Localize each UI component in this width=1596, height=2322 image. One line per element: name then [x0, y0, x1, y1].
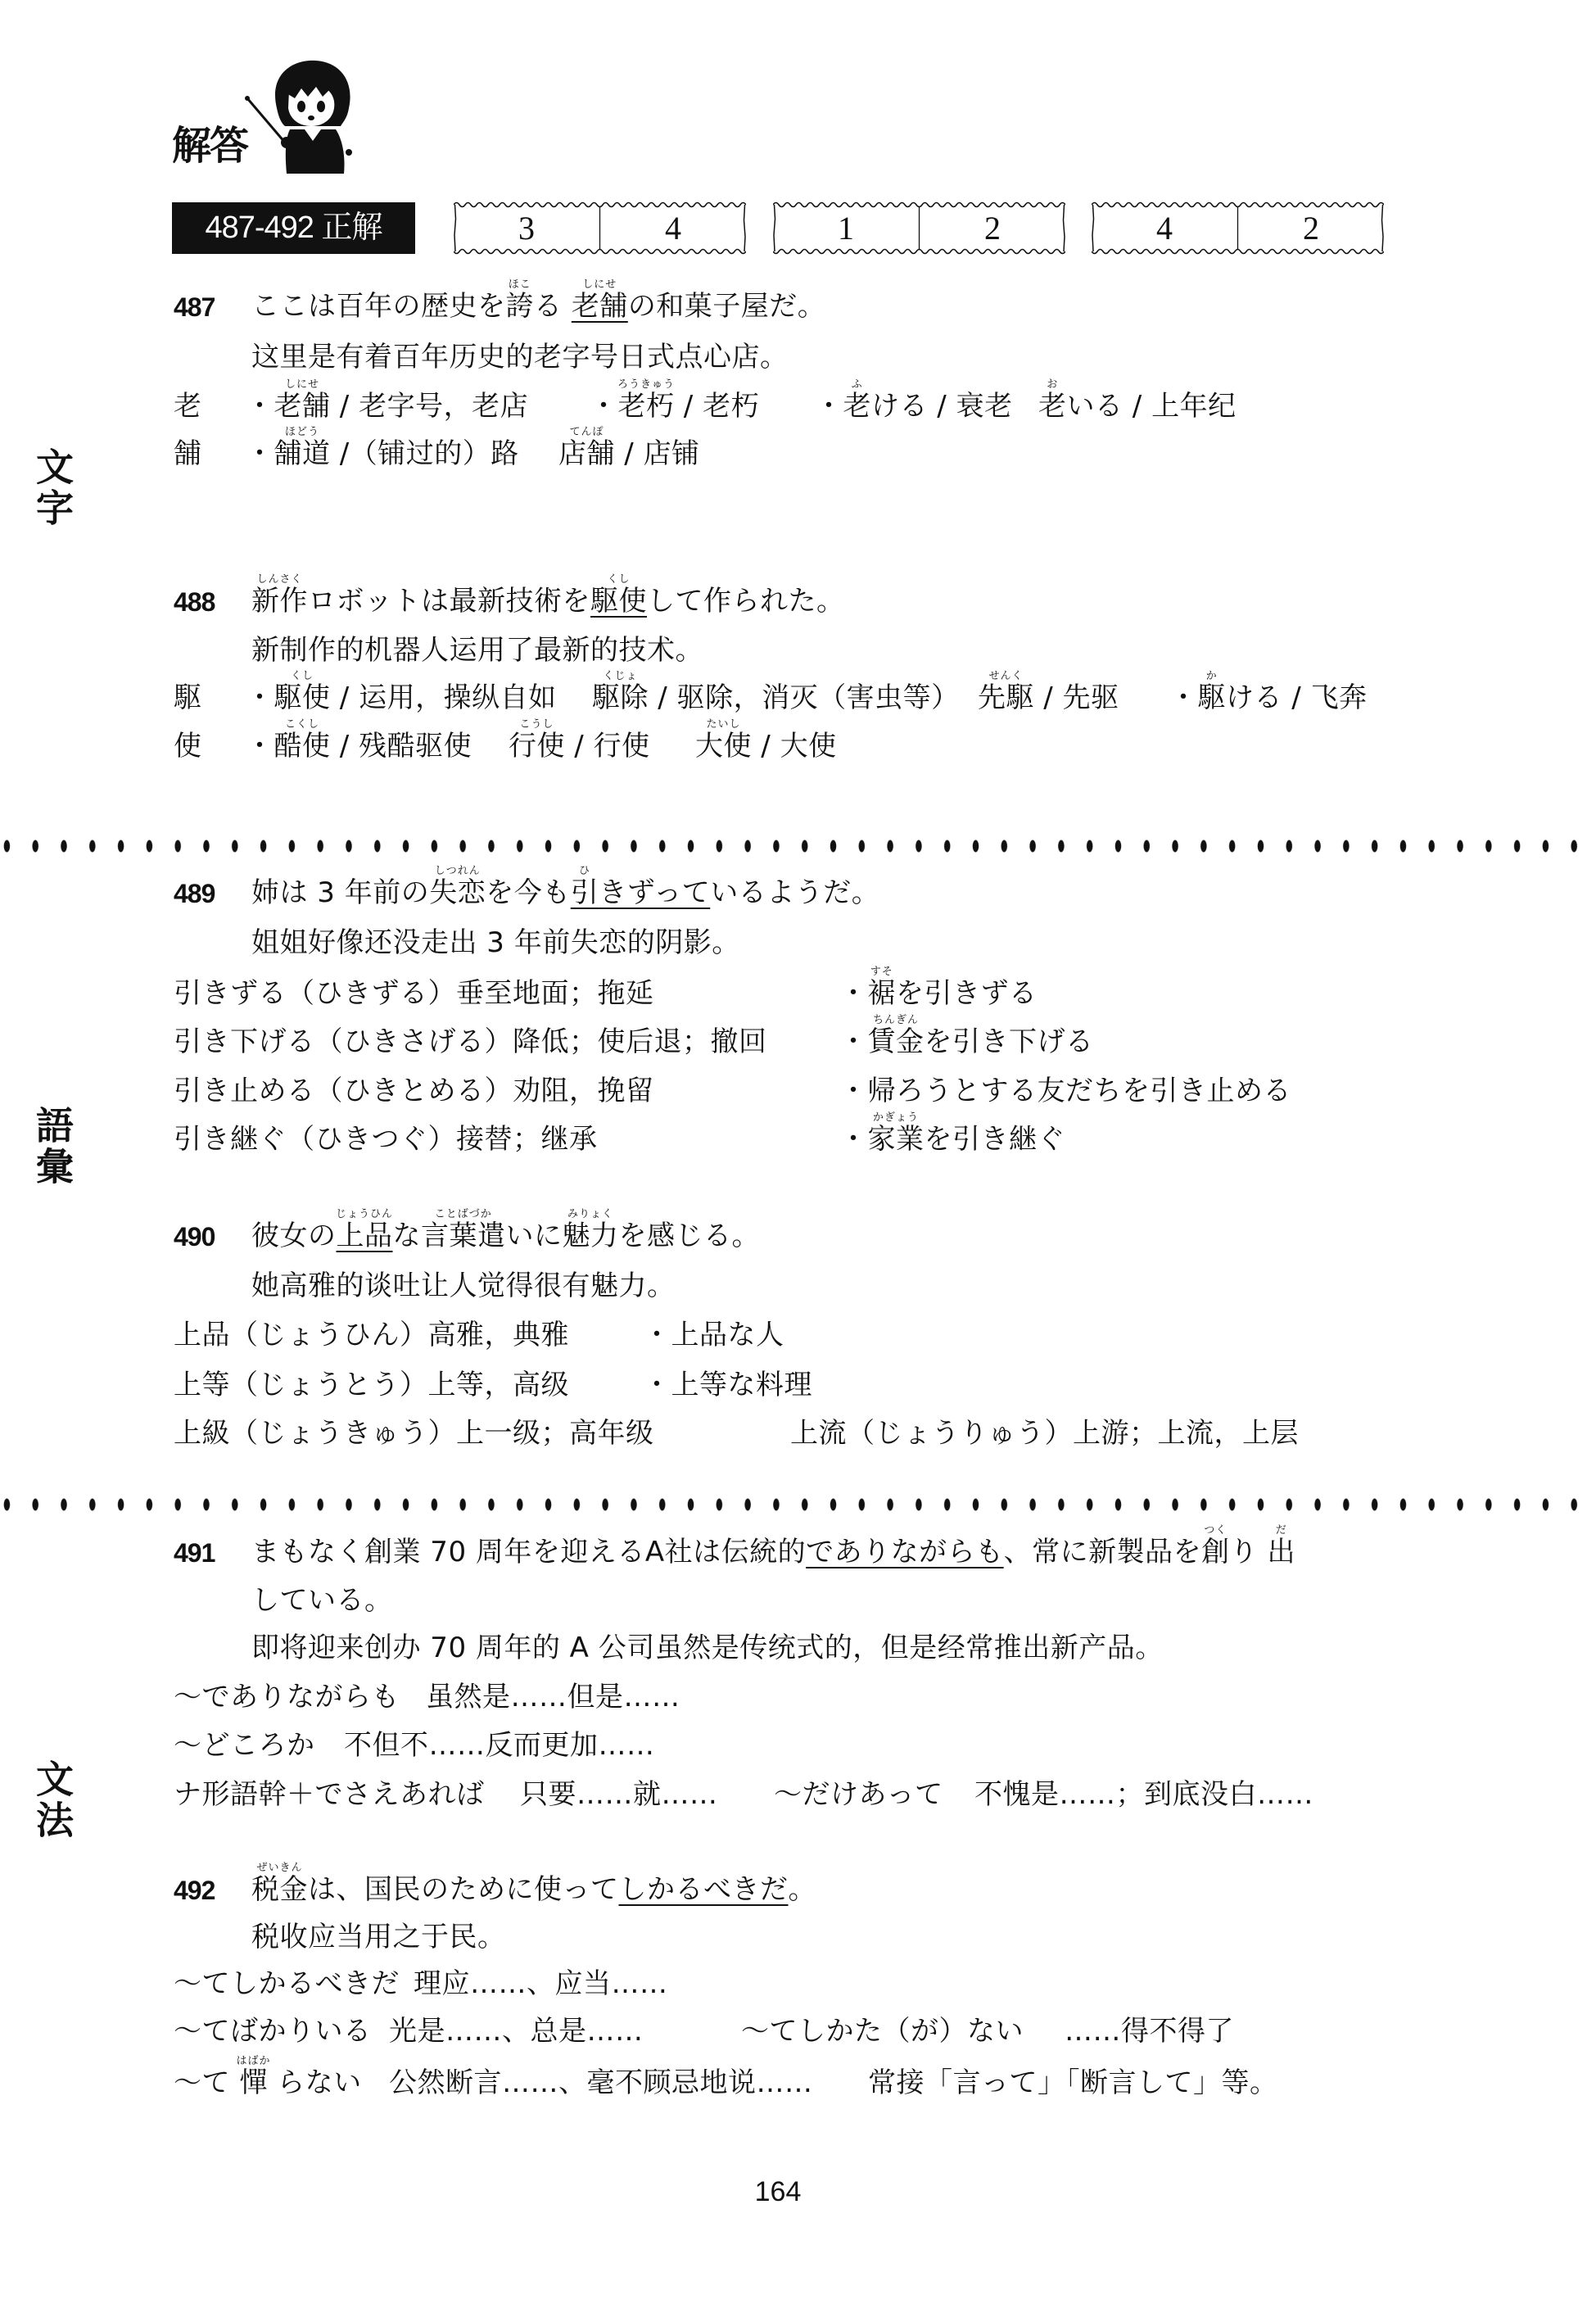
- vocab-word: 上品（じょうひん）高雅，典雅: [174, 1320, 569, 1350]
- furigana-reading: お: [1014, 379, 1092, 390]
- vocab-row: 引き止める（ひきとめる）劝阻，挽留 ・帰ろうとする友だちを引き止める: [0, 1076, 1596, 1106]
- answer-487: 3: [454, 201, 599, 256]
- text-run: ・: [839, 1123, 868, 1156]
- text-run: ・帰ろうとする友だちを引き止める: [839, 1075, 1291, 1107]
- grammar-pattern: ～どころか: [174, 1731, 315, 1760]
- translation-row: 税收应当用之于民。: [0, 1922, 1596, 1952]
- text-run: ・: [590, 390, 618, 423]
- answer-489: 1: [773, 201, 919, 256]
- answer-491: 4: [1092, 201, 1237, 256]
- furigana-reading: こうし: [484, 719, 590, 730]
- furigana-word: 魅力みりょく: [563, 1221, 619, 1251]
- text-run: まもなく創業 70 周年を迎えるA社は伝統的: [251, 1536, 806, 1568]
- grammar-meaning: 虽然是……但是……: [426, 1682, 680, 1712]
- furigana-reading: ちんぎん: [843, 1015, 949, 1025]
- furigana-reading: くじょ: [567, 671, 673, 681]
- vocab-example: ・賃金ちんぎんを引き下げる: [839, 1027, 1094, 1057]
- answer-group-491-492: 4 2: [1092, 201, 1384, 256]
- vocab-word: 引き下げる（ひきさげる）降低；使后退；撤回: [174, 1027, 767, 1057]
- kanji-note-item: 先駆せんく / 先驱: [978, 683, 1119, 713]
- textbook-page: 解答 487-492 正解 3 4: [0, 0, 1596, 2322]
- kanji-note-item: ・老舗しにせ / 老字号，老店: [246, 392, 528, 421]
- furigana-reading: せんく: [953, 671, 1059, 681]
- furigana-reading: しにせ: [250, 379, 355, 390]
- furigana-word: 憚はばか: [239, 2068, 268, 2098]
- vocab-example: ・上等な料理: [643, 1370, 812, 1400]
- kanji-note-item: ・駆使くし / 运用，操纵自如: [246, 683, 557, 713]
- grammar-meaning: 不但不……反而更加……: [344, 1731, 655, 1760]
- vocab-example: ・上品な人: [643, 1320, 784, 1350]
- grammar-note: 常接「言って」「断言して」等。: [868, 2068, 1278, 2098]
- kanji-note-row: 使 ・酷使こくし / 残酷驱使 行使こうし / 行使 大使たいし / 大使: [0, 731, 1596, 761]
- vocab-example: 上流（じょうりゅう）上游；上流，上层: [790, 1419, 1299, 1448]
- kanji-label: 舗: [174, 439, 202, 468]
- question-sentence-row: 487 ここは百年の歴史を誇ほこる 老舗しにせの和菓子屋だ。: [0, 292, 1596, 321]
- example-sentence: 彼女の上品じょうひんな言葉遣ことばづかいに魅力みりょくを感じる。: [251, 1221, 760, 1251]
- furigana-word: 新作しんさく: [251, 586, 308, 616]
- text-run: ここは百年の歴史を: [251, 290, 506, 323]
- furigana-reading: くし: [566, 574, 671, 585]
- furigana-reading: しつれん: [405, 866, 510, 876]
- furigana-reading: くし: [250, 671, 355, 681]
- kanji-note-row: 老 ・老舗しにせ / 老字号，老店 ・老朽ろうきゅう / 老朽 ・老ふける / …: [0, 392, 1596, 421]
- kanji-note-row: 舗 ・舗道ほどう /（铺过的）路 店舗てんぽ / 店铺: [0, 439, 1596, 468]
- example-sentence: 姉は 3 年前の失恋しつれんを今も引ひきずっているようだ。: [251, 878, 879, 908]
- furigana-word: 裾すそ: [868, 979, 897, 1008]
- furigana-reading: ぜいきん: [227, 1863, 332, 1873]
- text-run: いる / 上年纪: [1067, 390, 1237, 423]
- text-run: / 店铺: [615, 437, 700, 470]
- text-run: ・: [246, 681, 274, 714]
- furigana-reading: ことばづか: [396, 1209, 531, 1220]
- target-word: きずって: [599, 876, 710, 909]
- text-run: は、国民のために使って: [308, 1873, 619, 1906]
- furigana-word: 店舗てんぽ: [558, 439, 615, 468]
- furigana-word: 家業かぎょう: [868, 1125, 925, 1154]
- text-run: ・: [839, 1025, 868, 1058]
- translation: 姐姐好像还没走出 3 年前失恋的阴影。: [251, 928, 740, 957]
- furigana-reading: か: [1173, 671, 1251, 681]
- furigana-word: 老ふ: [843, 392, 872, 421]
- furigana-reading: かぎょう: [843, 1112, 949, 1123]
- text-run: / 大使: [752, 730, 837, 763]
- example-sentence: まもなく創業 70 周年を迎えるA社は伝統的でありながらも、常に新製品を創つくり…: [251, 1537, 1295, 1567]
- furigana-reading: だ: [1242, 1525, 1320, 1536]
- question-sentence-row: 492 税金ぜいきんは、国民のために使ってしかるべきだ。: [0, 1875, 1596, 1904]
- translation-row: 她高雅的谈吐让人觉得很有魅力。: [0, 1271, 1596, 1301]
- translation-row: 即将迎来创办 70 周年的 A 公司虽然是传统式的，但是经常推出新产品。: [0, 1633, 1596, 1663]
- kanji-note-row: 駆 ・駆使くし / 运用，操纵自如 駆除くじょ / 驱除，消灭（害虫等） 先駆せ…: [0, 683, 1596, 713]
- text-run: / 行使: [565, 730, 650, 763]
- grammar-pattern: ナ形語幹＋でさえあれば: [174, 1780, 485, 1809]
- furigana-word: 税金ぜいきん: [251, 1875, 308, 1904]
- text-run: /（铺过的）路: [331, 437, 519, 470]
- furigana-word: 駆除くじょ: [592, 683, 649, 713]
- text-run: を引きずる: [896, 977, 1038, 1010]
- text-run: 、常に新製品を: [1004, 1536, 1202, 1568]
- page-number: 164: [0, 2175, 1556, 2208]
- grammar-meaning: 不愧是……；到底没白……: [974, 1780, 1313, 1809]
- kanji-note-item: ・酷使こくし / 残酷驱使: [246, 731, 472, 761]
- text-run: ・: [815, 390, 843, 423]
- furigana-word: 駆使くし: [274, 683, 331, 713]
- furigana-word: 酷使こくし: [274, 731, 331, 761]
- kanji-note-item: 老おいる / 上年纪: [1038, 392, 1237, 421]
- vocab-row: 上等（じょうとう）上等，高级 ・上等な料理: [0, 1370, 1596, 1400]
- text-run: り: [1230, 1536, 1268, 1568]
- question-number: 491: [174, 1538, 215, 1568]
- target-word: 老舗しにせ: [572, 292, 628, 321]
- text-run: る: [534, 290, 572, 323]
- furigana-word: 失恋しつれん: [429, 878, 486, 908]
- example-sentence: ここは百年の歴史を誇ほこる 老舗しにせの和菓子屋だ。: [251, 292, 825, 321]
- text-run: / 驱除，消灭（害虫等）: [649, 681, 960, 714]
- kanji-note-item: ・駆かける / 飞奔: [1169, 683, 1368, 713]
- text-run: ロボットは最新技術を: [308, 585, 590, 618]
- answer-range-label: 487-492 正解: [172, 202, 415, 254]
- kanji-label: 使: [174, 731, 202, 761]
- grammar-meaning: ……得不得了: [1065, 2016, 1234, 2046]
- text-run: を引き下げる: [925, 1025, 1094, 1058]
- furigana-word: 誇ほこ: [506, 292, 535, 321]
- kanji-note-item: 店舗てんぽ / 店铺: [558, 439, 700, 468]
- furigana-word: 老朽ろうきゅう: [618, 392, 675, 421]
- example-sentence: している。: [251, 1586, 393, 1615]
- furigana-word: 老舗しにせ: [274, 392, 331, 421]
- text-run: ける / 衰老: [871, 390, 1013, 423]
- answer-490: 2: [920, 201, 1065, 256]
- answer-group-487-488: 3 4: [454, 201, 746, 256]
- vocab-row: 引き下げる（ひきさげる）降低；使后退；撤回 ・賃金ちんぎんを引き下げる: [0, 1027, 1596, 1057]
- furigana-word: 大使たいし: [695, 731, 752, 761]
- target-word: 引ひ: [571, 878, 599, 908]
- answer-488: 4: [600, 201, 746, 256]
- furigana-reading: はばか: [215, 2056, 292, 2066]
- text-run: ・: [1169, 681, 1198, 714]
- question-number: 487: [174, 292, 215, 322]
- text-run: らない: [268, 2066, 362, 2099]
- furigana-reading: こくし: [250, 719, 355, 730]
- kanji-note-item: ・老朽ろうきゅう / 老朽: [590, 392, 759, 421]
- dotted-divider: [0, 1498, 1596, 1511]
- vocab-row: 引きずる（ひきずる）垂至地面；拖延 ・裾すそを引きずる: [0, 979, 1596, 1008]
- text-run: ・: [246, 730, 274, 763]
- text-run: いに: [506, 1220, 563, 1252]
- text-run: を今も: [486, 876, 571, 909]
- translation-row: 新制作的机器人运用了最新的技术。: [0, 636, 1596, 665]
- text-run: / 运用，操纵自如: [331, 681, 557, 714]
- question-sentence-row: 489 姉は 3 年前の失恋しつれんを今も引ひきずっているようだ。: [0, 878, 1596, 908]
- dotted-divider: [0, 840, 1596, 853]
- target-word: 上品じょうひん: [337, 1221, 393, 1251]
- text-run: ・: [246, 390, 274, 423]
- vocab-word: 引き継ぐ（ひきつぐ）接替；继承: [174, 1125, 598, 1154]
- target-word: 駆使くし: [590, 586, 647, 616]
- text-run: ・: [246, 437, 274, 470]
- vocab-row: 引き継ぐ（ひきつぐ）接替；继承 ・家業かぎょうを引き継ぐ: [0, 1125, 1596, 1154]
- grammar-meaning: 公然断言……、毫不顾忌地说……: [389, 2068, 813, 2098]
- furigana-word: 駆か: [1198, 683, 1227, 713]
- target-word: でありながらも: [806, 1536, 1004, 1568]
- text-run: ・: [839, 977, 868, 1010]
- question-sentence-row: 490 彼女の上品じょうひんな言葉遣ことばづかいに魅力みりょくを感じる。: [0, 1221, 1596, 1251]
- furigana-reading: すそ: [843, 966, 921, 977]
- furigana-reading: みりょく: [538, 1209, 644, 1220]
- vocab-word: 上等（じょうとう）上等，高级: [174, 1370, 569, 1400]
- translation: 新制作的机器人运用了最新的技术。: [251, 636, 703, 665]
- section-title: 解答: [172, 123, 247, 169]
- grammar-pattern: ～てしかるべきだ: [174, 1969, 400, 1998]
- furigana-word: 創つく: [1201, 1537, 1230, 1567]
- vocab-example: ・裾すそを引きずる: [839, 979, 1038, 1008]
- text-run: ～て: [174, 2066, 239, 2099]
- text-run: して作られた。: [647, 585, 845, 618]
- grammar-row: ～て 憚はばか らない 公然断言……、毫不顾忌地说…… 常接「言って」「断言して…: [0, 2068, 1596, 2098]
- teacher-mascot-icon: [244, 57, 359, 176]
- grammar-pattern: ～だけあって: [774, 1780, 943, 1809]
- translation-row: 姐姐好像还没走出 3 年前失恋的阴影。: [0, 928, 1596, 957]
- furigana-reading: てんぽ: [534, 427, 640, 437]
- text-run: / 残酷驱使: [331, 730, 472, 763]
- translation: 税收应当用之于民。: [251, 1922, 506, 1952]
- question-number: 489: [174, 879, 215, 908]
- text-run: いるようだ。: [710, 876, 879, 909]
- text-run: を引き継ぐ: [925, 1123, 1066, 1156]
- furigana-word: 出だ: [1267, 1537, 1295, 1567]
- grammar-pattern: ～てしかた（が）ない: [741, 2016, 1024, 2046]
- example-sentence: 税金ぜいきんは、国民のために使ってしかるべきだ。: [251, 1875, 816, 1904]
- furigana-reading: ふ: [819, 379, 897, 390]
- grammar-meaning: 光是……、总是……: [389, 2016, 644, 2046]
- translation: 她高雅的谈吐让人觉得很有魅力。: [251, 1271, 676, 1301]
- kanji-note-item: 駆除くじょ / 驱除，消灭（害虫等）: [592, 683, 960, 713]
- translation: 即将迎来创办 70 周年的 A 公司虽然是传统式的，但是经常推出新产品。: [251, 1633, 1164, 1663]
- vocab-row: 上級（じょうきゅう）上一级；高年级 上流（じょうりゅう）上游；上流，上层: [0, 1419, 1596, 1448]
- translation-row: 这里是有着百年历史的老字号日式点心店。: [0, 342, 1596, 372]
- answer-group-489-490: 1 2: [773, 201, 1065, 256]
- furigana-word: 言葉遣ことばづか: [421, 1221, 506, 1251]
- vocab-row: 上品（じょうひん）高雅，典雅 ・上品な人: [0, 1320, 1596, 1350]
- furigana-reading: ひ: [546, 866, 624, 876]
- vocab-example: ・家業かぎょうを引き継ぐ: [839, 1125, 1065, 1154]
- furigana-word: 賃金ちんぎん: [868, 1027, 925, 1057]
- answer-492: 2: [1238, 201, 1384, 256]
- grammar-meaning: 理应……、应当……: [414, 1969, 668, 1998]
- question-number: 492: [174, 1876, 215, 1905]
- translation: 这里是有着百年历史的老字号日式点心店。: [251, 342, 789, 372]
- furigana-reading: ろうきゅう: [594, 379, 699, 390]
- furigana-word: 行使こうし: [509, 731, 565, 761]
- text-run: な: [393, 1220, 422, 1252]
- kanji-note-item: 大使たいし / 大使: [695, 731, 837, 761]
- question-sentence-continuation: している。: [0, 1586, 1596, 1615]
- text-run: ける / 飞奔: [1226, 681, 1368, 714]
- grammar-pattern: ～でありながらも: [174, 1682, 400, 1712]
- grammar-meaning: 只要……就……: [520, 1780, 718, 1809]
- question-number: 490: [174, 1222, 215, 1252]
- vocab-word: 上級（じょうきゅう）上一级；高年级: [174, 1419, 654, 1448]
- question-sentence-row: 488 新作しんさくロボットは最新技術を駆使くしして作られた。: [0, 586, 1596, 616]
- kanji-note-item: ・舗道ほどう /（铺过的）路: [246, 439, 519, 468]
- question-sentence-row: 491 まもなく創業 70 周年を迎えるA社は伝統的でありながらも、常に新製品を…: [0, 1537, 1596, 1567]
- furigana-reading: しんさく: [227, 574, 332, 585]
- text-run: の和菓子屋だ。: [628, 290, 826, 323]
- kanji-label: 老: [174, 392, 202, 421]
- text-run: / 先驱: [1034, 681, 1119, 714]
- grammar-row: ナ形語幹＋でさえあれば 只要……就…… ～だけあって 不愧是……；到底没白……: [0, 1780, 1596, 1809]
- kanji-label: 駆: [174, 683, 202, 713]
- text-run: / 老字号，老店: [331, 390, 529, 423]
- furigana-word: 舗道ほどう: [274, 439, 331, 468]
- text-run: 姉は 3 年前の: [251, 876, 429, 909]
- kanji-note-item: 行使こうし / 行使: [509, 731, 650, 761]
- grammar-row: ～でありながらも 虽然是……但是……: [0, 1682, 1596, 1712]
- vocab-example: ・帰ろうとする友だちを引き止める: [839, 1076, 1291, 1106]
- furigana-reading: しにせ: [547, 279, 653, 290]
- text-run: 彼女の: [251, 1220, 337, 1252]
- grammar-pattern: ～てばかりいる: [174, 2016, 372, 2046]
- furigana-reading: たいし: [671, 719, 776, 730]
- text-run: 。: [789, 1873, 817, 1906]
- text-run: / 老朽: [675, 390, 760, 423]
- grammar-row: ～どころか 不但不……反而更加……: [0, 1731, 1596, 1760]
- text-run: を感じる。: [619, 1220, 761, 1252]
- grammar-row: ～てばかりいる 光是……、总是…… ～てしかた（が）ない ……得不得了: [0, 2016, 1596, 2046]
- example-sentence: 新作しんさくロボットは最新技術を駆使くしして作られた。: [251, 586, 845, 616]
- furigana-word: 先駆せんく: [978, 683, 1034, 713]
- grammar-pattern: ～て 憚はばか らない: [174, 2068, 362, 2098]
- furigana-reading: ほどう: [250, 427, 355, 437]
- question-number: 488: [174, 587, 215, 617]
- vocab-word: 引き止める（ひきとめる）劝阻，挽留: [174, 1076, 654, 1106]
- grammar-row: ～てしかるべきだ 理应……、应当……: [0, 1969, 1596, 1998]
- kanji-note-item: ・老ふける / 衰老: [815, 392, 1013, 421]
- target-word: しかるべきだ: [619, 1873, 789, 1906]
- vocab-word: 引きずる（ひきずる）垂至地面；拖延: [174, 979, 654, 1008]
- furigana-word: 老お: [1038, 392, 1067, 421]
